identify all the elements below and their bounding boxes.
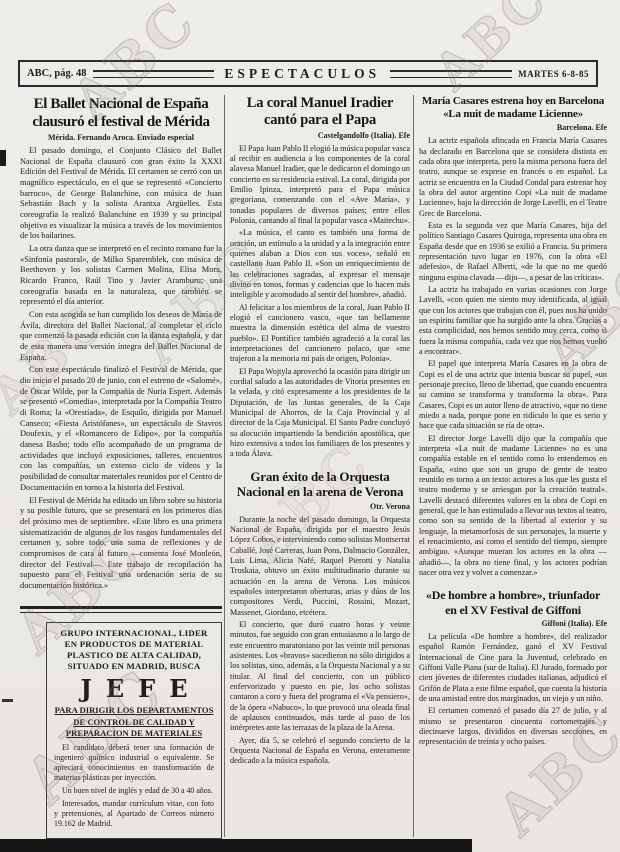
paragraph: Ayer, día 5, se celebró el segundo conci… — [230, 736, 410, 767]
paragraph: El Papa Wojtyla aprovechó la ocasión par… — [230, 367, 410, 460]
column-divider — [413, 95, 414, 837]
ad-intro-text: GRUPO INTERNACIONAL, LIDER EN PRODUCTOS … — [54, 628, 214, 672]
byline: Castelgandolfo (Italia). Efe — [230, 131, 410, 140]
title-line: María Casares estrena hoy en Barcelona — [419, 95, 607, 108]
ad-paragraph: Un buen nivel de inglés y edad de 30 a 4… — [54, 786, 214, 796]
paragraph: La otra danza que se interpretó en el re… — [20, 244, 222, 308]
ad-subtitle: PARA DIRIGIR LOS DEPARTAMENTOS DE CONTRO… — [54, 705, 214, 739]
title-line: El Ballet Nacional de España — [20, 95, 222, 113]
paragraph: «La música, el canto es también una form… — [230, 228, 410, 300]
article-ballet-merida: El Ballet Nacional de España clausuró el… — [20, 95, 222, 592]
paragraph: Al felicitar a los miembros de la coral,… — [230, 303, 410, 365]
byline: Giffoni (Italia). Efe — [419, 619, 607, 628]
section-title: ESPECTACULOS — [220, 66, 384, 82]
section-divider — [20, 606, 222, 613]
paragraph: El concierto, que duró cuatro horas y ve… — [230, 620, 410, 734]
article-orquesta-verona: Gran éxito de la Orquesta Nacional en la… — [230, 469, 410, 767]
column-3: María Casares estrena hoy en Barcelona «… — [419, 95, 607, 750]
paragraph: Esta es la segunda vez que María Casares… — [419, 221, 607, 283]
page-number-label: ABC, pág. 48 — [27, 68, 87, 79]
title-line: «De hombre a hombre», triunfador — [419, 588, 607, 602]
paragraph: Con este espectáculo finalizó el Festiva… — [20, 365, 222, 493]
paragraph: El Papa Juan Pablo II elogió la música p… — [230, 144, 410, 227]
paragraph: La actriz española afincada en Francia M… — [419, 136, 607, 219]
ad-job-title: JEFE — [54, 674, 214, 703]
title-line: Nacional en la arena de Verona — [230, 484, 410, 500]
byline: Mérida. Fernando Aroca. Enviado especial — [20, 133, 222, 142]
article-maria-casares: María Casares estrena hoy en Barcelona «… — [419, 95, 607, 578]
date-label: MARTES 6-8-85 — [518, 69, 589, 79]
paragraph: Con esta acogida se han cumplido los des… — [20, 310, 222, 363]
article-title: El Ballet Nacional de España clausuró el… — [20, 95, 222, 131]
paragraph: El pasado domingo, el Conjunto Clásico d… — [20, 146, 222, 242]
paragraph: El papel que interpreta María Casares en… — [419, 359, 607, 431]
column-divider — [224, 95, 225, 837]
byline: Barcelona. Efe — [419, 123, 607, 132]
title-line: «La nuit de madame Licienne» — [419, 108, 607, 121]
article-title: «De hombre a hombre», triunfador en el X… — [419, 588, 607, 617]
paragraph: El Festival de Mérida ha editado un libr… — [20, 496, 222, 592]
article-title: Gran éxito de la Orquesta Nacional en la… — [230, 469, 410, 500]
header-rule-left — [93, 70, 215, 78]
paragraph: El director Jorge Lavelli dijo que la co… — [419, 434, 607, 579]
paragraph: Durante la noche del pasado domingo, la … — [230, 515, 410, 618]
paragraph: La actriz ha trabajado en varias ocasion… — [419, 285, 607, 357]
title-line: clausuró el festival de Mérida — [20, 113, 222, 131]
title-line: en el XV Festival de Giffoni — [419, 603, 607, 617]
article-title: María Casares estrena hoy en Barcelona «… — [419, 95, 607, 121]
column-1: El Ballet Nacional de España clausuró el… — [20, 95, 222, 839]
byline: Otr. Verona — [230, 502, 410, 511]
article-giffoni: «De hombre a hombre», triunfador en el X… — [419, 588, 607, 747]
title-line: cantó para el Papa — [230, 112, 410, 129]
newspaper-page: ABC ABC ABC ABC ABC ABC ABC ABC ABC ABC,… — [0, 0, 620, 852]
ad-paragraph: Interesados, mandar currículum vitae, co… — [54, 799, 214, 829]
scan-bottom-bar — [0, 839, 472, 852]
job-ad: GRUPO INTERNACIONAL, LIDER EN PRODUCTOS … — [46, 622, 222, 839]
column-2: La coral Manuel Iradier cantó para el Pa… — [230, 95, 410, 769]
page-header: ABC, pág. 48 ESPECTACULOS MARTES 6-8-85 — [18, 60, 598, 87]
header-rule-right — [390, 70, 512, 78]
article-coral-iradier: La coral Manuel Iradier cantó para el Pa… — [230, 95, 410, 460]
scan-artifact — [0, 150, 6, 166]
article-title: La coral Manuel Iradier cantó para el Pa… — [230, 95, 410, 130]
paragraph: La película «De hombre a hombre», del re… — [419, 632, 607, 704]
ad-paragraph: El candidato deberá tener una formación … — [54, 743, 214, 783]
scan-artifact — [2, 699, 13, 702]
paragraph: El certamen comenzó el pasado día 27 de … — [419, 706, 607, 747]
title-line: La coral Manuel Iradier — [230, 95, 410, 112]
title-line: Gran éxito de la Orquesta — [230, 469, 410, 485]
